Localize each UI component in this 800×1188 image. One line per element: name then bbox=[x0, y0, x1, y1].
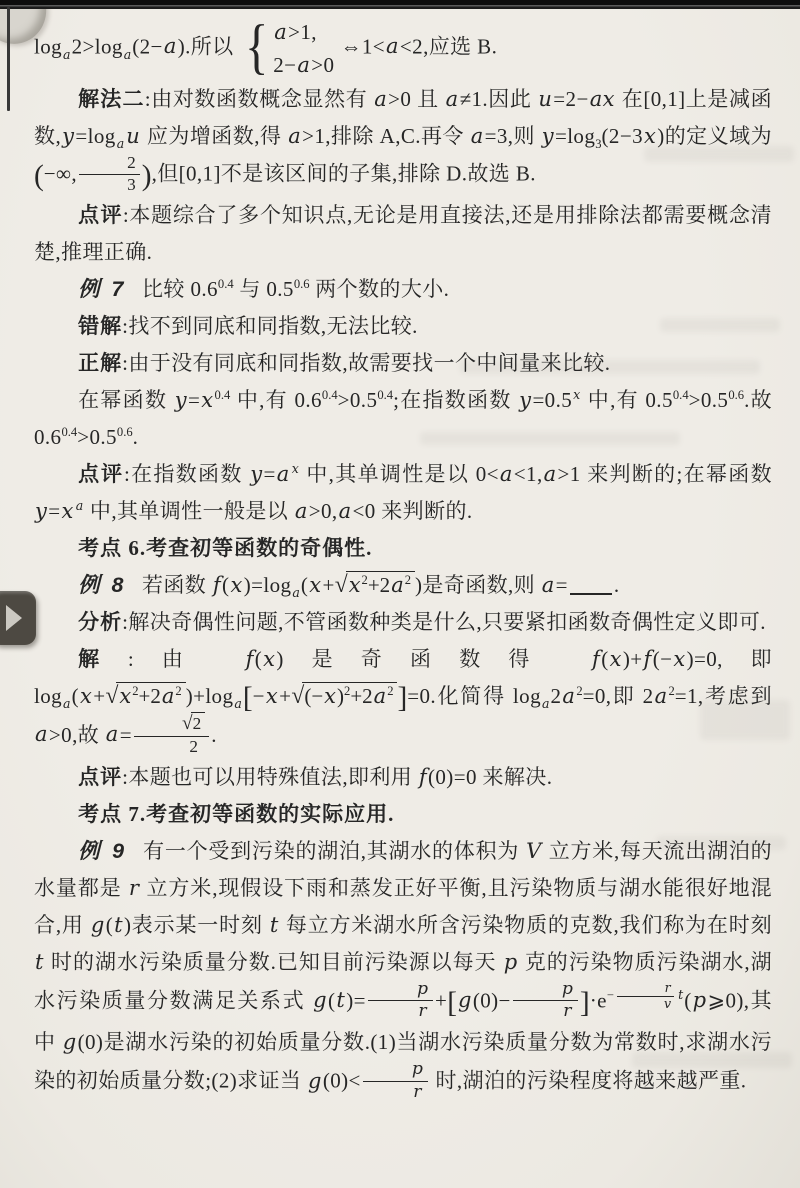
solution-method-2: 解法二:由对数函数概念显然有 a>0 且 a≠1.因此 u=2−ax 在[0,1… bbox=[34, 81, 772, 197]
example-7-wrong-solution: 错解:找不到同底和同指数,无法比较. bbox=[34, 308, 772, 345]
example-8-problem: 例 8 若函数 f(x)=loga(x+√x2+2a2)是奇函数,则 a=. bbox=[34, 567, 772, 604]
example-label: 例 7 bbox=[78, 277, 136, 301]
bookmark-arrow bbox=[0, 591, 36, 645]
example-8-analysis: 分析:解决奇偶性问题,不管函数种类是什么,只要紧扣函数奇偶性定义即可. bbox=[34, 604, 772, 641]
example-7-problem: 例 7 比较 0.60.4 与 0.50.6 两个数的大小. bbox=[34, 271, 772, 308]
example-label: 例 8 bbox=[78, 573, 136, 597]
example-7-reasoning: 在幂函数 y=x0.4 中,有 0.60.4>0.50.4;在指数函数 y=0.… bbox=[34, 382, 772, 456]
scanned-textbook-page: loga2>loga(2−a).所以{a>1,2−a>0⇔1<a<2,应选 B.… bbox=[0, 0, 800, 1188]
document-content: loga2>loga(2−a).所以{a>1,2−a>0⇔1<a<2,应选 B.… bbox=[0, 0, 800, 1105]
topic-7-heading: 考点 7.考查初等函数的实际应用. bbox=[34, 796, 772, 833]
play-triangle-icon bbox=[6, 605, 22, 631]
comment-example-6: 点评:本题综合了多个知识点,无论是用直接法,还是用排除法都需要概念清楚,推理正确… bbox=[34, 197, 772, 271]
example-label: 例 9 bbox=[78, 839, 137, 863]
example-9-problem: 例 9 有一个受到污染的湖泊,其湖水的体积为 V 立方米,每天流出湖泊的水量都是… bbox=[34, 833, 772, 1105]
answer-blank bbox=[570, 574, 612, 595]
example-8-solution: 解:由 f(x)是奇函数得 f(x)+f(−x)=0,即 loga(x+√x2+… bbox=[34, 641, 772, 759]
topic-6-heading: 考点 6.考查初等函数的奇偶性. bbox=[34, 530, 772, 567]
example-7-correct-solution: 正解:由于没有同底和同指数,故需要找一个中间量来比较. bbox=[34, 345, 772, 382]
comment-example-8: 点评:本题也可以用特殊值法,即利用 f(0)=0 来解决. bbox=[34, 759, 772, 796]
comment-example-7: 点评:在指数函数 y=ax 中,其单调性是以 0<a<1,a>1 来判断的;在幂… bbox=[34, 456, 772, 530]
conclusion-line-choice-b: loga2>loga(2−a).所以{a>1,2−a>0⇔1<a<2,应选 B. bbox=[34, 16, 772, 81]
